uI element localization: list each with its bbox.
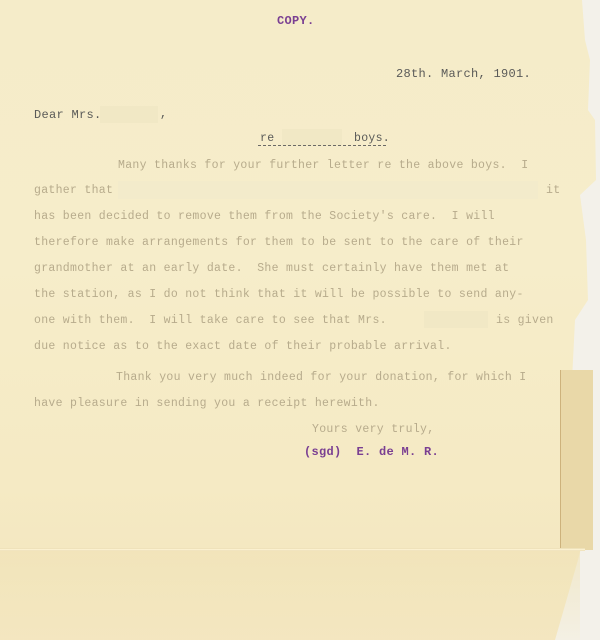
- body-line-1: Many thanks for your further letter re t…: [118, 159, 528, 172]
- body-line-7: one with them. I will take care to see t…: [34, 314, 387, 327]
- salutation-comma: ,: [160, 108, 167, 121]
- redacted-surname: [100, 106, 158, 123]
- redacted-subject-name: [282, 129, 342, 146]
- body-line-4: therefore make arrangements for them to …: [34, 236, 524, 249]
- closing: Yours very truly,: [312, 423, 434, 436]
- subject-underline: [258, 145, 386, 146]
- body-line-2: gather that: [34, 184, 113, 197]
- redacted-passage: [118, 181, 538, 199]
- salutation: Dear Mrs.B: [34, 108, 109, 122]
- redacted-mrs-name: [424, 311, 488, 328]
- folded-flap: [0, 551, 580, 640]
- signature: (sgd) E. de M. R.: [304, 445, 439, 459]
- letter-date: 28th. March, 1901.: [396, 67, 531, 81]
- body-line-2-end: it: [546, 184, 560, 197]
- body-line-7-end: is given: [496, 314, 554, 327]
- subject-boys: boys.: [354, 132, 390, 145]
- subject-re: re: [260, 132, 274, 145]
- body-line-6: the station, as I do not think that it w…: [34, 288, 524, 301]
- copy-header: COPY.: [277, 14, 315, 28]
- body-line-9: Thank you very much indeed for your dona…: [116, 371, 526, 384]
- body-line-5: grandmother at an early date. She must c…: [34, 262, 509, 275]
- body-line-10: have pleasure in sending you a receipt h…: [34, 397, 380, 410]
- body-line-8: due notice as to the exact date of their…: [34, 340, 452, 353]
- body-line-3: has been decided to remove them from the…: [34, 210, 495, 223]
- underlying-pages-edge: [560, 370, 593, 550]
